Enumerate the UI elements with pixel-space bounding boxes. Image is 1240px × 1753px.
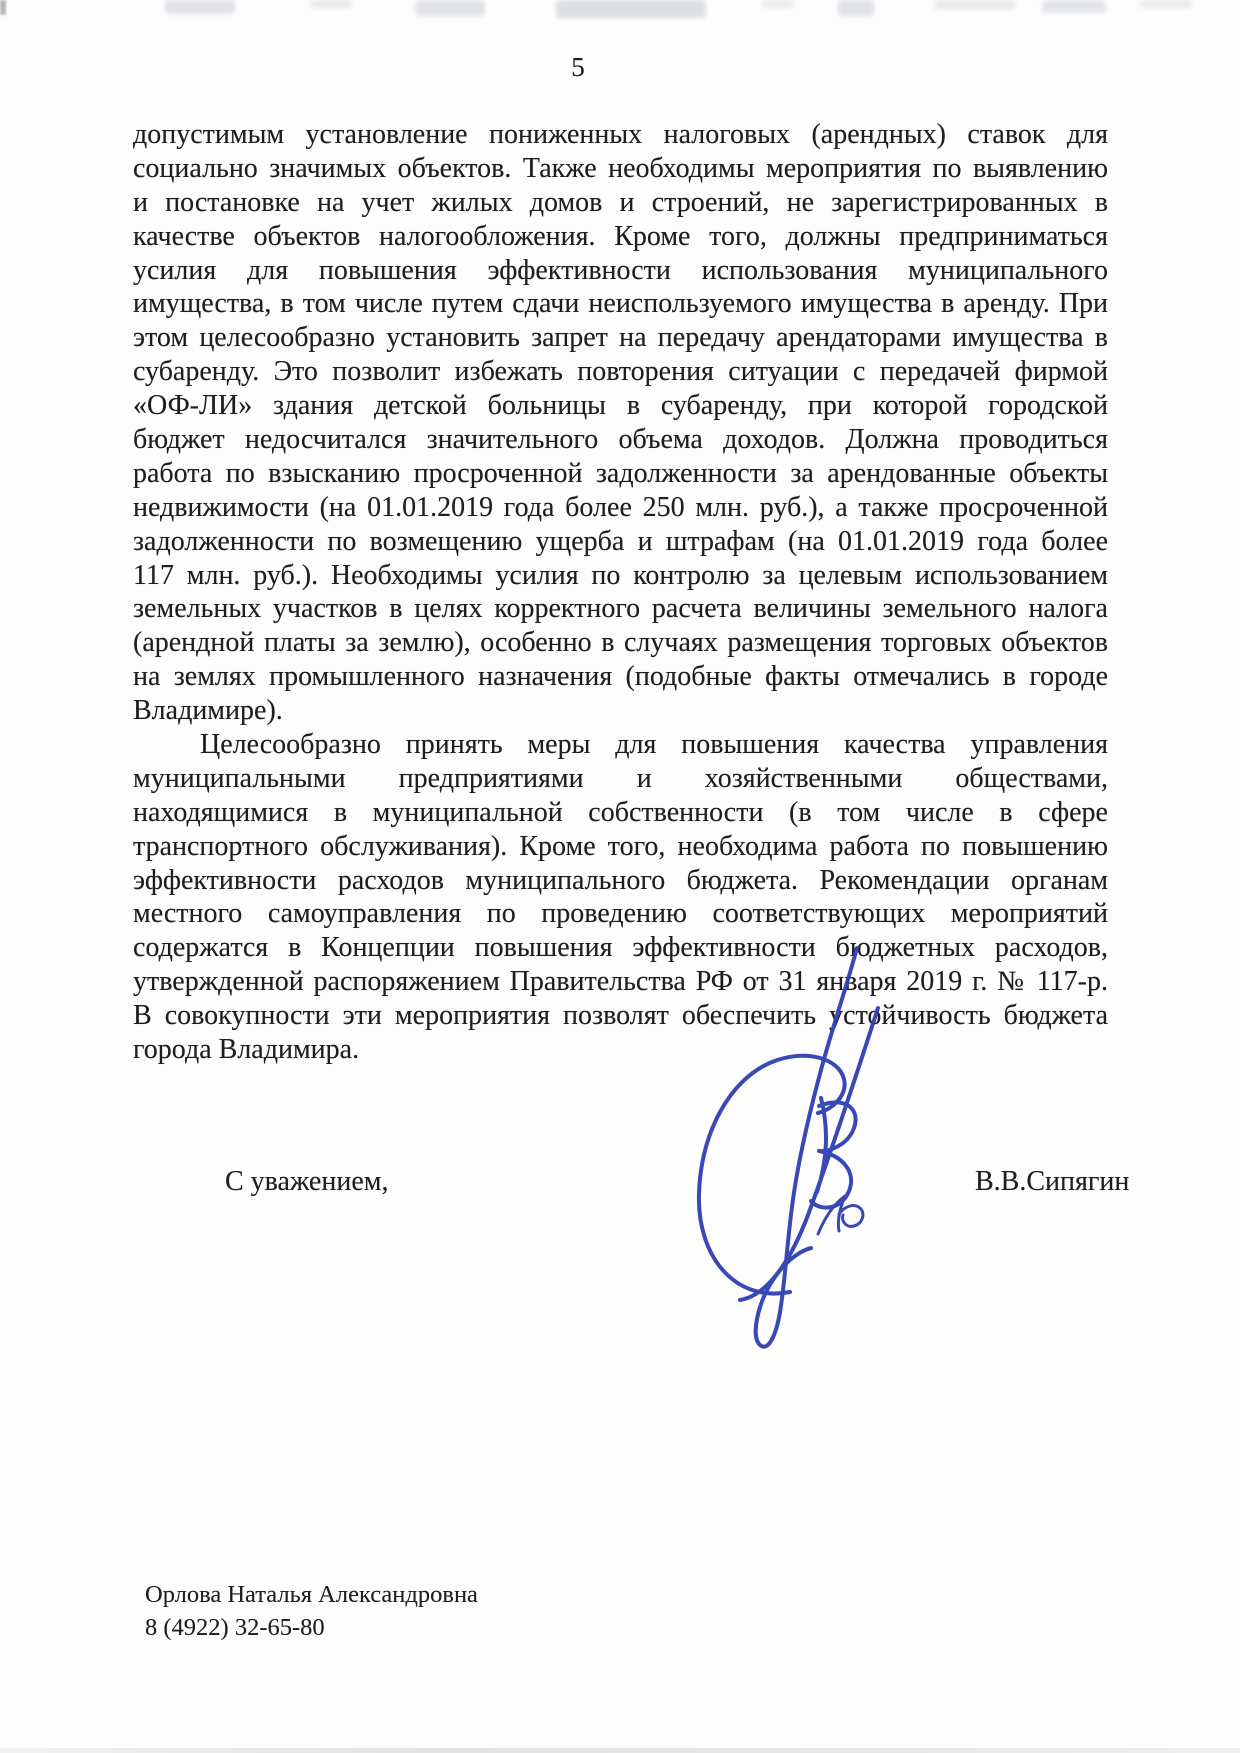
signature-flourish (818, 1196, 863, 1234)
closing-salutation: С уважением, (225, 1165, 388, 1199)
scan-artifact (1140, 0, 1192, 8)
text-line: допустимым установление пониженных налог… (133, 118, 1108, 152)
text-line: земельных участков в целях корректного р… (133, 592, 1108, 626)
text-line: бюджет недосчитался значительного объема… (133, 423, 1108, 457)
text-line: находящимися в муниципальной собственнос… (133, 796, 1108, 830)
scan-noise-top (0, 0, 1240, 24)
executor-name: Орлова Наталья Александровна (145, 1578, 478, 1611)
text-line: социально значимых объектов. Также необх… (133, 152, 1108, 186)
text-line: эффективности расходов муниципального бю… (133, 864, 1108, 898)
paragraph-1: допустимым установление пониженных налог… (133, 118, 1108, 728)
text-line: субаренду. Это позволит избежать повторе… (133, 355, 1108, 389)
scan-artifact-corner (0, 0, 6, 15)
signer-name: В.В.Сипягин (975, 1165, 1129, 1199)
scan-artifact (165, 0, 235, 14)
page-number: 5 (133, 52, 1023, 83)
scan-artifact (556, 0, 706, 18)
scan-artifact (415, 0, 485, 16)
letter-body: допустимым установление пониженных налог… (133, 118, 1108, 1067)
scan-artifact (310, 0, 352, 8)
text-line: транспортного обслуживания). Кроме того,… (133, 830, 1108, 864)
scan-artifact (935, 0, 1015, 10)
text-line: (арендной платы за землю), особенно в сл… (133, 626, 1108, 660)
scan-artifact (762, 0, 794, 8)
text-line: имущества, в том числе путем сдачи неисп… (133, 287, 1108, 321)
scanned-letter-page: 5 допустимым установление пониженных нал… (0, 0, 1240, 1753)
text-line: на землях промышленного назначения (подо… (133, 660, 1108, 694)
executor-phone: 8 (4922) 32-65-80 (145, 1611, 478, 1644)
text-line: местного самоуправления по проведению со… (133, 897, 1108, 931)
text-line: Целесообразно принять меры для повышения… (133, 728, 1108, 762)
text-line: работа по взысканию просроченной задолже… (133, 457, 1108, 491)
executor-contact: Орлова Наталья Александровна 8 (4922) 32… (145, 1578, 478, 1644)
text-line: этом целесообразно установить запрет на … (133, 321, 1108, 355)
text-line: «ОФ-ЛИ» здания детской больницы в субаре… (133, 389, 1108, 423)
text-line: недвижимости (на 01.01.2019 года более 2… (133, 491, 1108, 525)
text-line: задолженности по возмещению ущерба и штр… (133, 525, 1108, 559)
scan-noise-bottom (0, 1748, 1240, 1753)
signature-tall-stroke (756, 948, 857, 1347)
text-line: муниципальными предприятиями и хозяйстве… (133, 762, 1108, 796)
scan-artifact (838, 0, 874, 16)
text-line: усилия для повышения эффективности испол… (133, 254, 1108, 288)
text-line: Владимире). (133, 694, 1108, 728)
text-line: качестве объектов налогообложения. Кроме… (133, 220, 1108, 254)
text-line: 117 млн. руб.). Необходимы усилия по кон… (133, 559, 1108, 593)
text-line: и постановке на учет жилых домов и строе… (133, 186, 1108, 220)
signature-sweep (740, 1008, 878, 1300)
scan-artifact (1042, 0, 1106, 13)
handwritten-signature-icon (600, 935, 980, 1355)
